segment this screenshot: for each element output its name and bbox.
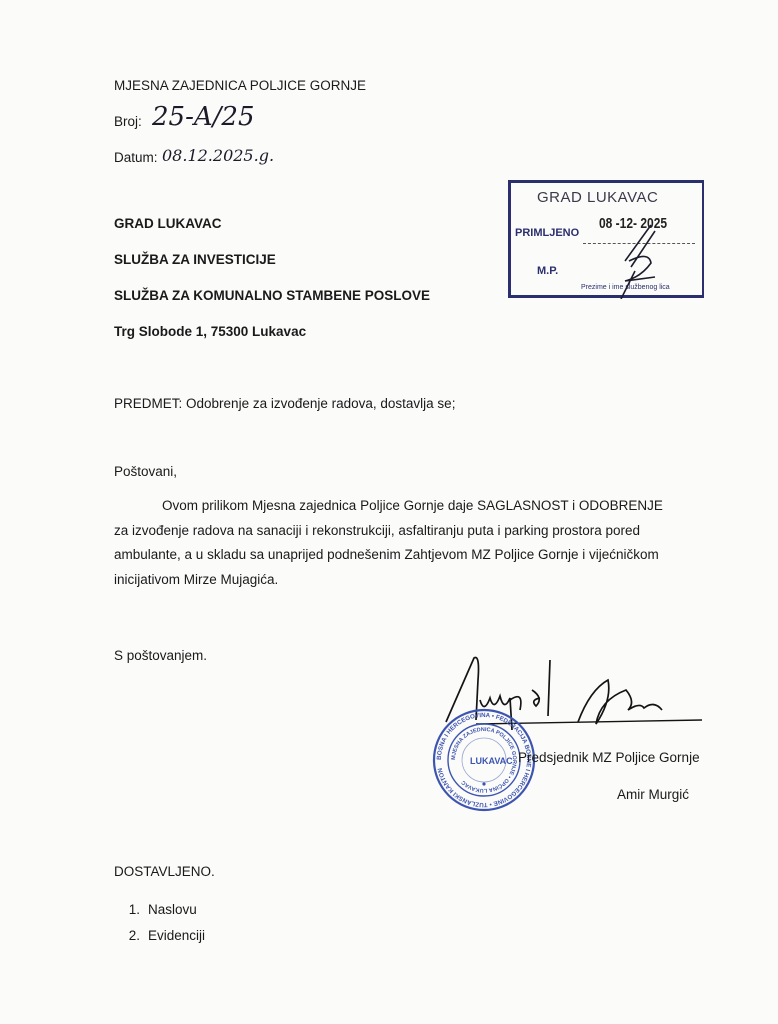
sender-organization: MJESNA ZAJEDNICA POLJICE GORNJE bbox=[114, 78, 366, 93]
distribution-item: 1.Naslovu bbox=[118, 902, 197, 917]
body-paragraph: Ovom prilikom Mjesna zajednica Poljice G… bbox=[114, 494, 714, 592]
stamp-received-label: PRIMLJENO bbox=[515, 227, 579, 239]
subject-line: PREDMET: Odobrenje za izvođenje radova, … bbox=[114, 396, 455, 411]
closing: S poštovanjem. bbox=[114, 648, 207, 663]
distribution-item: 2.Evidenciji bbox=[118, 928, 205, 943]
recipient-line: GRAD LUKAVAC bbox=[114, 216, 222, 231]
seal-center-text: LUKAVAC bbox=[470, 756, 513, 766]
recipient-line: SLUŽBA ZA INVESTICIJE bbox=[114, 252, 276, 267]
stamp-title: GRAD LUKAVAC bbox=[537, 189, 658, 206]
stamp-initials-icon bbox=[611, 221, 671, 299]
stamp-mp-label: M.P. bbox=[537, 265, 558, 277]
recipient-address: Trg Slobode 1, 75300 Lukavac bbox=[114, 324, 306, 339]
subject-label: PREDMET: bbox=[114, 396, 182, 411]
recipient-line: SLUŽBA ZA KOMUNALNO STAMBENE POSLOVE bbox=[114, 288, 430, 303]
signatory-title: Predsjednik MZ Poljice Gornje bbox=[518, 750, 700, 765]
received-stamp: GRAD LUKAVAC PRIMLJENO 08 -12- 2025 M.P.… bbox=[508, 180, 704, 298]
greeting: Poštovani, bbox=[114, 464, 177, 479]
distribution-label: DOSTAVLJENO. bbox=[114, 864, 215, 879]
date-label: Datum: bbox=[114, 150, 158, 165]
paragraph-line: inicijativom Mirze Mujagića. bbox=[114, 568, 714, 593]
date-value: 08.12.2025.g. bbox=[162, 146, 274, 165]
paragraph-line: za izvođenje radova na sanaciji i rekons… bbox=[114, 519, 714, 544]
paragraph-line: Ovom prilikom Mjesna zajednica Poljice G… bbox=[114, 494, 714, 519]
signatory-name: Amir Murgić bbox=[617, 787, 689, 802]
number-value: 25-A/25 bbox=[152, 102, 255, 132]
paragraph-line: ambulante, a u skladu sa unaprijed podne… bbox=[114, 543, 714, 568]
number-label: Broj: bbox=[114, 114, 142, 129]
subject-text: Odobrenje za izvođenje radova, dostavlja… bbox=[186, 396, 455, 411]
